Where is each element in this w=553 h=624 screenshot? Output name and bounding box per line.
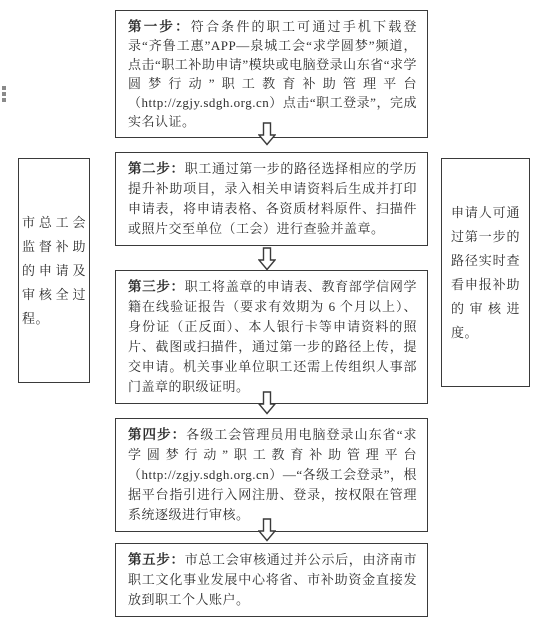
down-arrow-icon [258,391,276,415]
step-5-label: 第五步： [128,552,185,567]
edge-dot [2,92,6,96]
edge-dot [2,86,6,90]
flow-step-2-box: 第二步：职工通过第一步的路径选择相应的学历提升补助项目，录入相关申请资料后生成并… [115,152,428,246]
flow-step-5-box: 第五步：市总工会审核通过并公示后，由济南市职工文化事业发展中心将省、市补助资金直… [115,543,428,617]
step-3-label: 第三步： [128,279,185,294]
step-2-label: 第二步： [128,161,185,176]
flow-step-1-box: 第一步：符合条件的职工可通过手机下载登录“齐鲁工惠”APP—泉城工会“求学圆梦”… [115,10,428,138]
flow-step-3-box: 第三步：职工将盖章的申请表、教育部学信网学籍在线验证报告（要求有效期为 6 个月… [115,270,428,404]
side-note-right-box: 申请人可通过第一步的路径实时查看申报补助的审核进度。 [441,158,530,387]
side-note-right-text: 申请人可通过第一步的路径实时查看申报补助的审核进度。 [451,201,520,345]
step-4-label: 第四步： [128,427,186,442]
edge-dot [2,98,6,102]
side-note-left-text: 市总工会监督补助的申请及审核全过程。 [22,211,86,331]
flowchart-canvas: 第一步：符合条件的职工可通过手机下载登录“齐鲁工惠”APP—泉城工会“求学圆梦”… [0,0,553,624]
page-edge-dots [2,86,7,104]
down-arrow-icon [258,122,276,146]
flow-step-4-box: 第四步：各级工会管理员用电脑登录山东省“求学圆梦行动”职工教育补助管理平台（ht… [115,418,428,532]
step-3-text: 职工将盖章的申请表、教育部学信网学籍在线验证报告（要求有效期为 6 个月以上）、… [128,279,417,394]
down-arrow-icon [258,247,276,271]
side-note-left-box: 市总工会监督补助的申请及审核全过程。 [18,158,90,383]
step-1-label: 第一步： [128,19,191,34]
down-arrow-icon [258,518,276,542]
step-1-text: 符合条件的职工可通过手机下载登录“齐鲁工惠”APP—泉城工会“求学圆梦”频道，点… [128,19,417,129]
